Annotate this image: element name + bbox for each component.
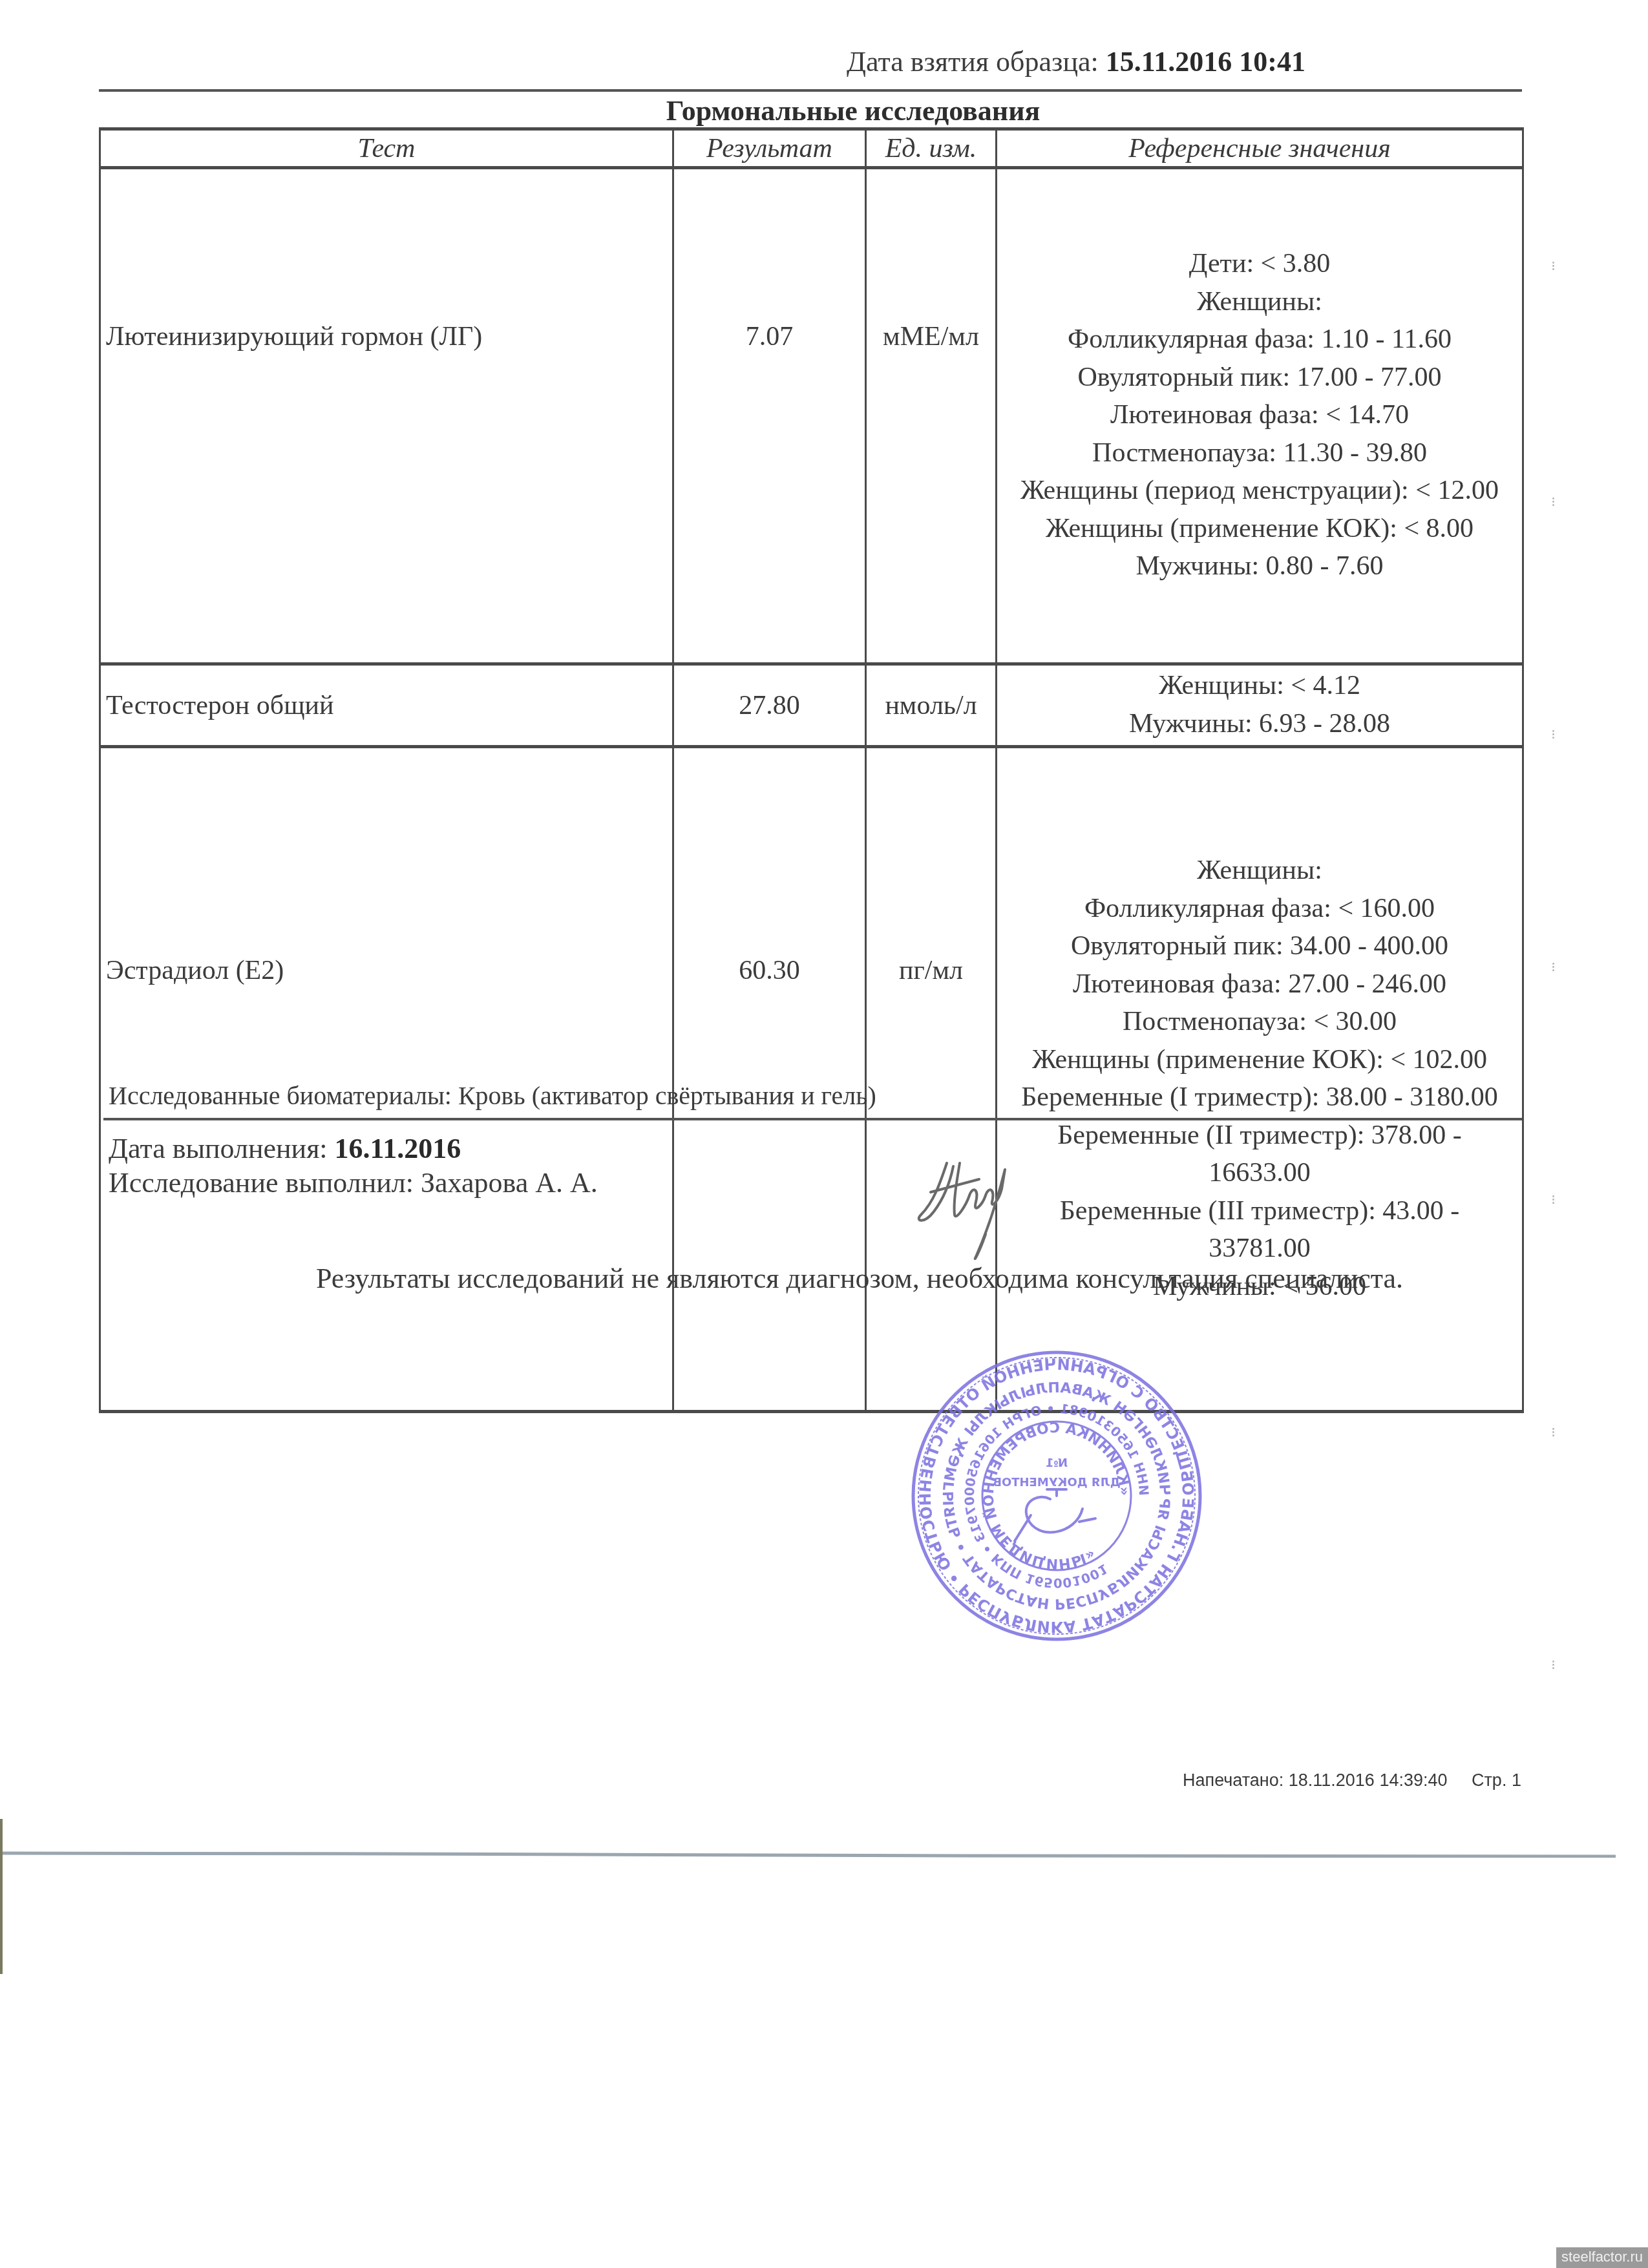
reference-line: 16633.00 [1001, 1154, 1518, 1192]
test-name: Лютеинизирующий гормон (ЛГ) [100, 168, 673, 664]
clinic-stamp-icon: ОБЩЕСТВО С ОГРАНИЧЕННОЙ ОТВЕТСТВЕННОСТЬЮ… [908, 1347, 1205, 1644]
execution-date-label: Дата выполнения: [109, 1133, 328, 1164]
reference-line: Женщины (применение КОК): < 8.00 [1001, 510, 1518, 548]
reference-line: Постменопауза: < 30.00 [1001, 1003, 1518, 1041]
table-row: Лютеинизирующий гормон (ЛГ) 7.07 мМЕ/мл … [100, 168, 1523, 664]
execution-date: Дата выполнения: 16.11.2016 [109, 1132, 461, 1165]
scan-page-edge [0, 1851, 1616, 1858]
reference-line: Беременные (II триместр): 378.00 - [1001, 1117, 1518, 1155]
reference-values: Дети: < 3.80Женщины:Фолликулярная фаза: … [997, 168, 1523, 664]
page-number: Стр. 1 [1472, 1770, 1521, 1790]
scan-speck: ⁝ [1551, 1425, 1556, 1441]
reference-line: Лютеиновая фаза: 27.00 - 246.00 [1001, 965, 1518, 1003]
scan-speck: ⁝ [1551, 258, 1556, 275]
reference-line: Женщины: < 4.12 [1001, 667, 1518, 705]
watermark: steelfactor.ru [1556, 2247, 1648, 2268]
scan-speck: ⁝ [1551, 1657, 1556, 1674]
results-table: Тест Результат Ед. изм. Референсные знач… [99, 127, 1524, 1413]
test-unit: пг/мл [866, 747, 997, 1412]
column-header-reference: Референсные значения [997, 129, 1523, 168]
section-title: Гормональные исследования [0, 94, 1648, 127]
test-name: Эстрадиол (Е2) [100, 747, 673, 1412]
signature-icon [908, 1144, 1037, 1266]
reference-line: Беременные (III триместр): 43.00 - [1001, 1192, 1518, 1230]
table-row: Эстрадиол (Е2) 60.30 пг/мл Женщины:Фолли… [100, 747, 1523, 1412]
reference-line: Дети: < 3.80 [1001, 245, 1518, 283]
printed-timestamp: Напечатано: 18.11.2016 14:39:40 Стр. 1 [1183, 1770, 1521, 1790]
reference-line: Лютеиновая фаза: < 14.70 [1001, 396, 1518, 434]
biomaterial-divider [103, 1118, 1522, 1120]
lab-report-page: Дата взятия образца: 15.11.2016 10:41 Го… [0, 0, 1648, 2268]
reference-values: Женщины: < 4.12Мужчины: 6.93 - 28.08 [997, 664, 1523, 747]
scan-speck: ⁝ [1551, 960, 1556, 976]
reference-line: Овуляторный пик: 17.00 - 77.00 [1001, 359, 1518, 397]
reference-line: Женщины (применение КОК): < 102.00 [1001, 1041, 1518, 1079]
reference-line: Женщины (период менструации): < 12.00 [1001, 472, 1518, 510]
scan-speck: ⁝ [1551, 1192, 1556, 1208]
disclaimer: Результаты исследований не являются диаг… [0, 1262, 1648, 1295]
table-row: Тестостерон общий 27.80 нмоль/л Женщины:… [100, 664, 1523, 747]
reference-line: Беременные (I триместр): 38.00 - 3180.00 [1001, 1078, 1518, 1117]
scan-left-edge [0, 1819, 3, 1974]
reference-line: Фолликулярная фаза: < 160.00 [1001, 890, 1518, 928]
sample-date: Дата взятия образца: 15.11.2016 10:41 [847, 45, 1305, 78]
reference-line: Женщины: [1001, 283, 1518, 321]
column-header-result: Результат [673, 129, 866, 168]
reference-values: Женщины:Фолликулярная фаза: < 160.00Овул… [997, 747, 1523, 1412]
test-result: 60.30 [673, 747, 866, 1412]
printed-label: Напечатано: 18.11.2016 14:39:40 [1183, 1770, 1447, 1790]
sample-date-value: 15.11.2016 10:41 [1106, 46, 1305, 78]
table-header-row: Тест Результат Ед. изм. Референсные знач… [100, 129, 1523, 168]
reference-line: Мужчины: 0.80 - 7.60 [1001, 547, 1518, 585]
reference-line: Постменопауза: 11.30 - 39.80 [1001, 434, 1518, 472]
reference-line: Фолликулярная фаза: 1.10 - 11.60 [1001, 320, 1518, 359]
column-header-test: Тест [100, 129, 673, 168]
test-unit: мМЕ/мл [866, 168, 997, 664]
svg-text:№1: №1 [1046, 1456, 1068, 1470]
test-name: Тестостерон общий [100, 664, 673, 747]
reference-line: Овуляторный пик: 34.00 - 400.00 [1001, 927, 1518, 965]
biomaterial-note: Исследованные биоматериалы: Кровь (актив… [109, 1080, 876, 1111]
test-result: 27.80 [673, 664, 866, 747]
performer: Исследование выполнил: Захарова А. А. [109, 1166, 598, 1199]
sample-date-label: Дата взятия образца: [847, 46, 1099, 78]
svg-text:ДЛЯ ДОКУМЕНТОВ: ДЛЯ ДОКУМЕНТОВ [993, 1476, 1121, 1489]
test-result: 7.07 [673, 168, 866, 664]
scan-speck: ⁝ [1551, 494, 1556, 510]
reference-line: Женщины: [1001, 852, 1518, 890]
test-unit: нмоль/л [866, 664, 997, 747]
header-divider [99, 89, 1522, 92]
scan-speck: ⁝ [1551, 727, 1556, 743]
reference-line: Мужчины: 6.93 - 28.08 [1001, 705, 1518, 743]
column-header-unit: Ед. изм. [866, 129, 997, 168]
execution-date-value: 16.11.2016 [335, 1133, 461, 1164]
